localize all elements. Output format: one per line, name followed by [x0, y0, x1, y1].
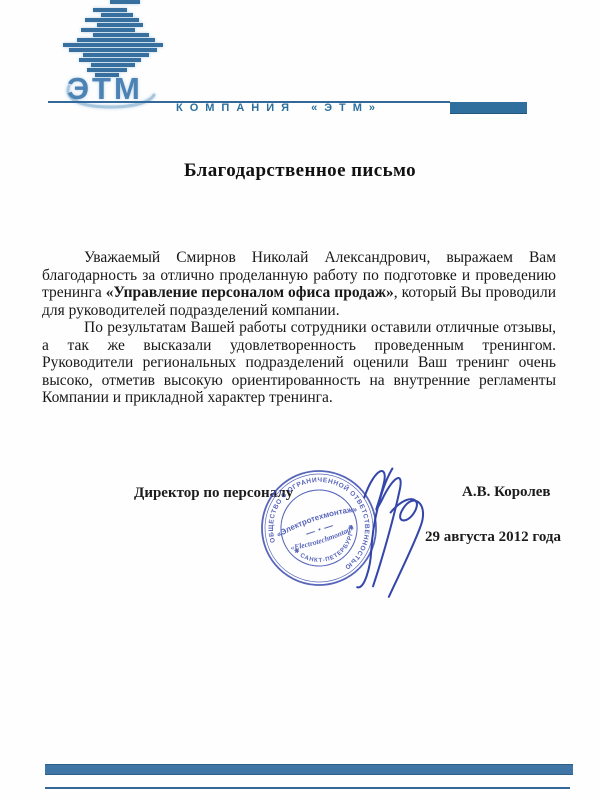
signature-scribble-icon [330, 458, 460, 603]
paragraph-1: Уважаемый Смирнов Николай Александрович,… [42, 249, 556, 319]
etm-striped-arrow-icon: ЭТМ [55, 0, 190, 110]
header-company-label: КОМПАНИЯ «ЭТМ» [176, 102, 382, 114]
handwritten-signature [330, 458, 460, 603]
header-accent-block [450, 102, 527, 114]
letter-page: ЭТМ КОМПАНИЯ «ЭТМ» Благодарственное пись… [0, 0, 600, 800]
footer-accent-bar [45, 764, 573, 775]
paragraph-2: По результатам Вашей работы сотрудники о… [42, 319, 556, 407]
letter-body: Уважаемый Смирнов Николай Александрович,… [42, 249, 556, 407]
letter-title: Благодарственное письмо [0, 160, 600, 182]
footer-rule [45, 787, 570, 789]
signer-name: А.В. Королев [462, 484, 551, 501]
company-logo: ЭТМ [55, 0, 190, 110]
paragraph-1-training-name: «Управление персоналом офиса продаж» [106, 284, 394, 301]
